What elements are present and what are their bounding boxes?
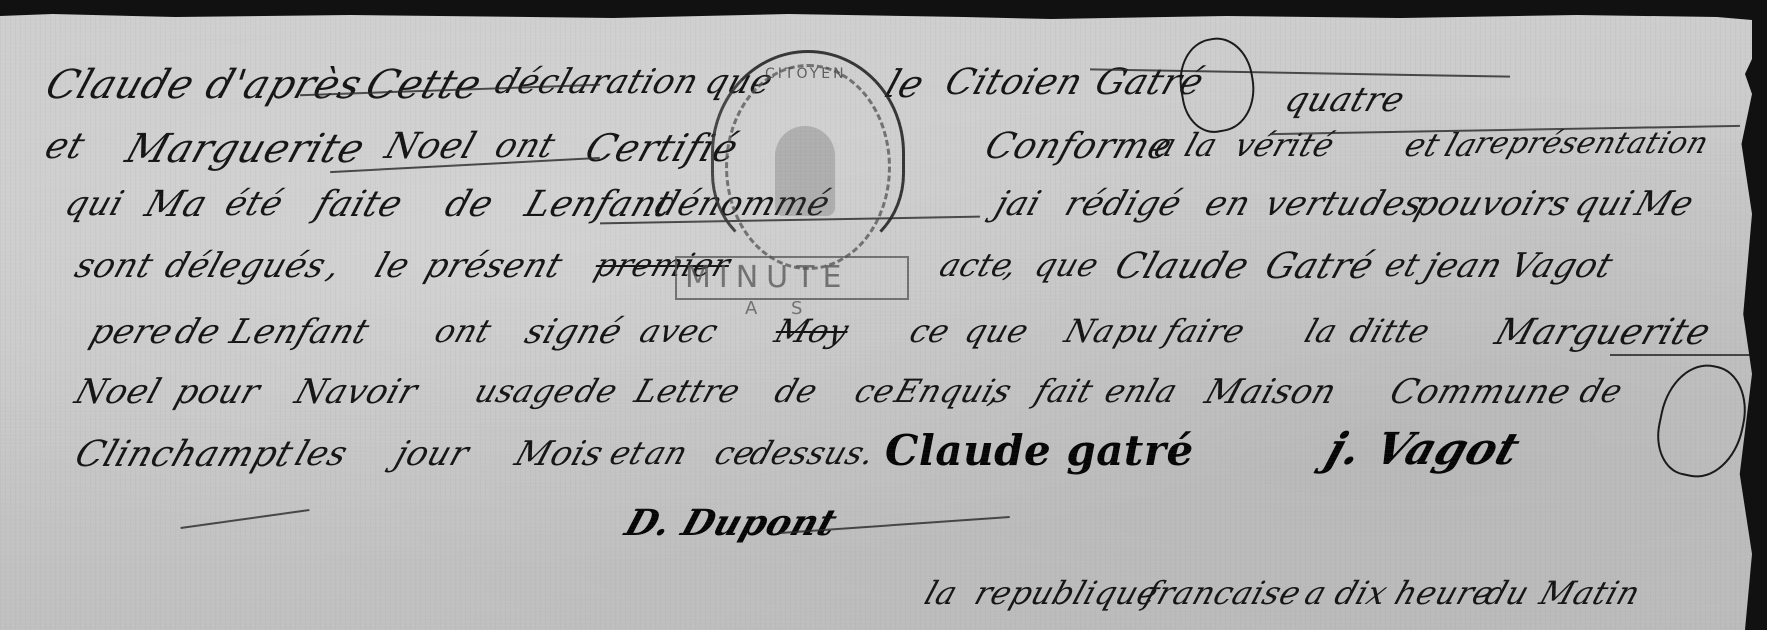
word: Me [1630,184,1699,224]
word: jai [990,184,1046,224]
word: de [770,372,823,410]
word: a [1300,574,1332,612]
word: dix [1330,574,1393,612]
word: Navoir [290,372,423,412]
word: la [920,574,963,612]
word: délegués [160,246,331,286]
word: jour [390,434,474,474]
word: republique [970,574,1164,612]
word: Mois [510,434,609,474]
word: d'après [200,62,368,108]
word: Marguerite [120,126,371,172]
text-line-5: pere de Lenfant ont signé avec Moy ce qu… [0,312,1752,372]
stamp-minute-text: MINUTE [685,260,849,295]
word: de [170,312,226,352]
word: Noel [380,126,481,167]
word: Commune [1385,372,1576,412]
word: le [370,246,415,286]
word: quatre [1280,80,1410,120]
word: ont [430,312,497,350]
word: signé [520,312,628,352]
word: et [1380,246,1425,284]
word: vertu [1260,184,1367,224]
word: Noel [70,372,166,412]
word: avec [635,312,723,350]
word: Marguerite [1490,312,1716,353]
word: que [960,312,1034,350]
stamp-figure-icon [775,126,835,216]
signature-jean-vagot: j. Vagot [1320,424,1526,475]
word: pour [170,372,265,412]
word: Claude [40,62,200,108]
filler-rule [1610,354,1750,356]
word: présent [420,246,568,286]
word: Lenfant [225,312,375,352]
word: Gatré [1260,246,1379,287]
word: ditte [1345,312,1435,350]
signature-claude-gatre: Claude gatré [885,426,1194,475]
word: Ma [140,184,213,225]
word: de [440,184,499,225]
officer-signature-line: D. Dupont [0,502,1752,562]
word: Clinchampt [70,434,299,475]
word: la [1300,312,1343,350]
word: Lettre [630,372,745,410]
word: francaise [1140,574,1306,612]
word: rédigé [1060,184,1187,224]
text-line-6: Noel pour Navoir usage de Lettre de ce E… [0,372,1752,432]
stamp-bottom-text: A S [745,298,816,319]
word: représentation [1470,126,1713,161]
word: déclaration [490,62,704,102]
word: et [40,126,90,167]
text-line-7: Clinchampt les jour Mois et an ce dessus… [0,434,1752,494]
word: faite [310,184,408,225]
word: ce [905,312,955,350]
official-stamp: CITOYEN MINUTE A S [705,46,905,276]
word: Vagot [1505,246,1618,286]
document-page: Claude d'après Cette déclaration que le … [0,14,1752,630]
stamp-top-text: CITOYEN [765,66,847,82]
word: en [1200,184,1256,224]
word: Conforme [980,126,1177,167]
word: jean [1420,246,1508,286]
word: fait [1030,372,1098,410]
word: Matin [1535,574,1645,612]
word: sont [70,246,158,286]
word: Citoien [940,62,1088,103]
word: Maison [1200,372,1342,412]
word: de [1575,372,1628,410]
word: dessus. [745,434,880,472]
word: que [1030,246,1104,284]
word: Cette [360,62,488,108]
word: qui [60,184,129,224]
word: pouvoirs [1410,184,1575,224]
word: été [220,184,288,224]
signature-officer: D. Dupont [620,502,843,544]
word: usage [470,372,580,410]
word: les [290,434,353,474]
word: Claude [1110,246,1254,287]
word: faire [1160,312,1250,350]
word: pere [85,312,178,352]
text-line-8: la republique francaise a dix heure du M… [0,574,1752,630]
word: qui [1570,184,1639,224]
